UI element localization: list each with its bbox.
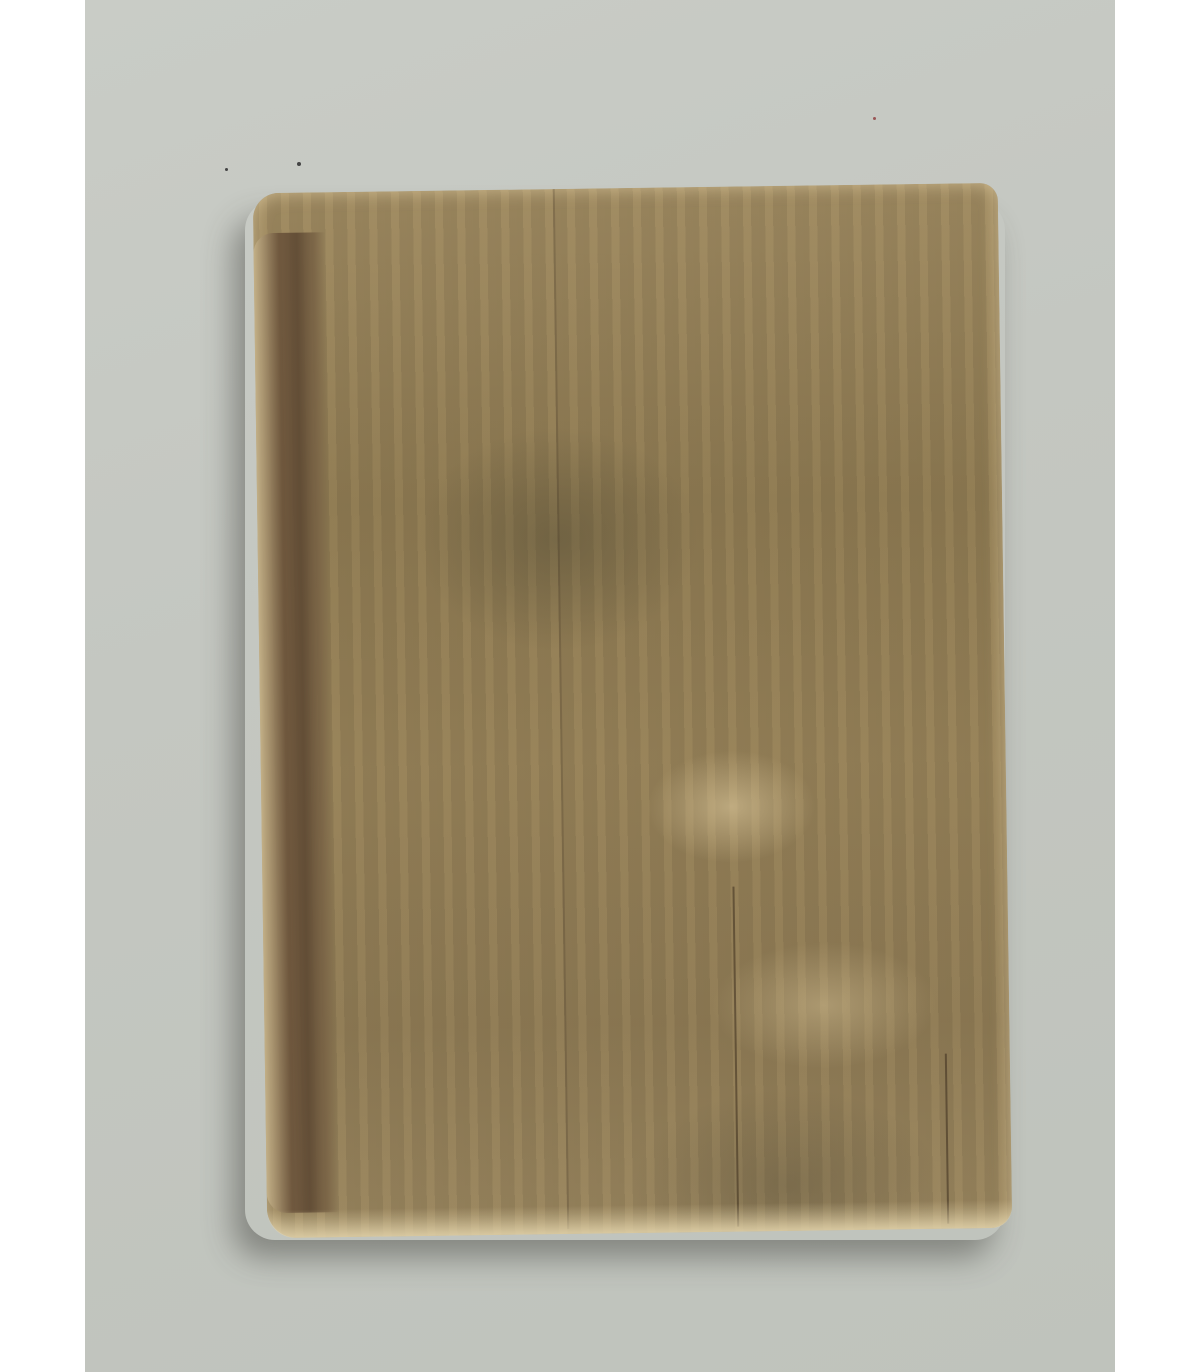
book-spine bbox=[253, 232, 339, 1213]
dust-speck bbox=[873, 117, 876, 120]
dust-speck bbox=[225, 168, 228, 171]
cover-crack bbox=[553, 189, 569, 1229]
photo-background bbox=[85, 0, 1115, 1372]
cover-crack bbox=[945, 1054, 949, 1224]
dust-speck bbox=[297, 162, 301, 166]
cover-crack bbox=[732, 887, 738, 1227]
old-book-cover bbox=[253, 183, 1013, 1238]
